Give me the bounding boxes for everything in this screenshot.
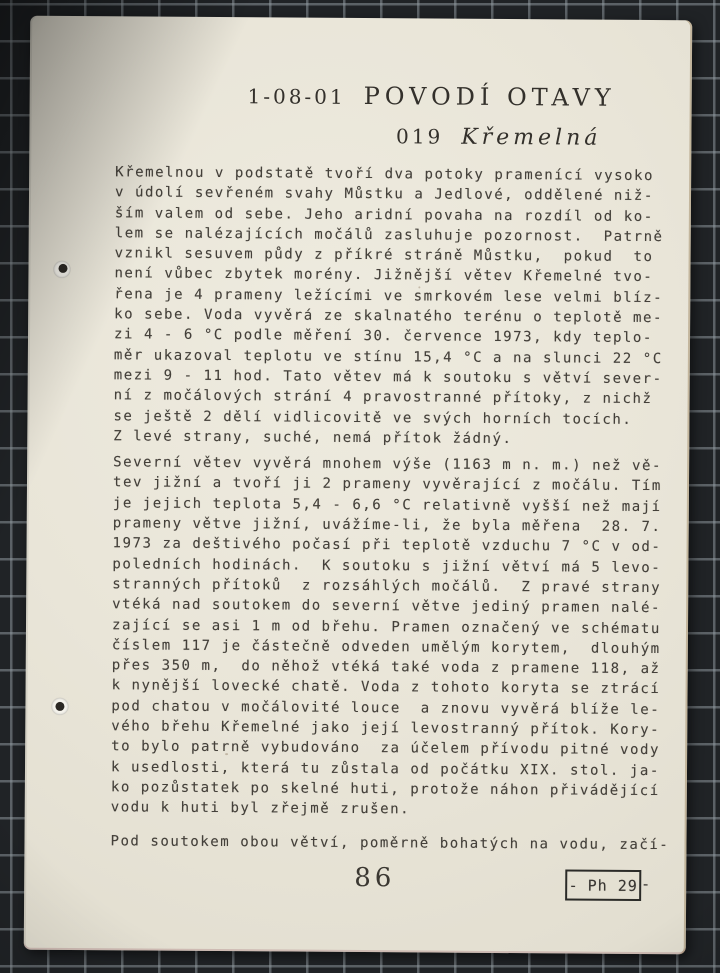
paragraph-2: Severní větev vyvěrá mnohem výše (1163 m… [111,452,672,821]
stamp-box: - Ph 29 - [565,869,641,901]
punch-hole-center [55,702,64,711]
paper-speck [418,286,420,288]
document-subheader: 019 Křemelná [396,124,602,150]
stamp-dash-right: - [641,875,651,893]
document-body: Křemelnou v podstatě tvoří dva potoky pr… [110,162,674,855]
paper-speck [546,609,548,611]
document-header: 1-08-01 POVODÍ OTAVY [247,81,615,112]
stamp-label: Ph 29 [588,876,638,894]
stamp-dash-left: - [569,876,579,894]
paper-speck [225,753,228,755]
page-number: 86 [354,863,395,893]
photo-backdrop: 1-08-01 POVODÍ OTAVY 019 Křemelná Křemel… [0,0,720,973]
punch-hole-center [58,264,67,273]
document-subtitle-number: 019 [396,124,443,148]
document-page: 1-08-01 POVODÍ OTAVY 019 Křemelná Křemel… [24,16,693,955]
paragraph-1: Křemelnou v podstatě tvoří dva potoky pr… [113,162,674,450]
document-subtitle: Křemelná [461,125,601,151]
document-code: 1-08-01 [247,84,345,109]
punch-hole-bottom [51,698,68,715]
document-title: POVODÍ OTAVY [364,82,616,112]
punch-hole-top [53,261,70,278]
paragraph-3: Pod soutokem obou větví, poměrně bohatýc… [110,831,669,855]
